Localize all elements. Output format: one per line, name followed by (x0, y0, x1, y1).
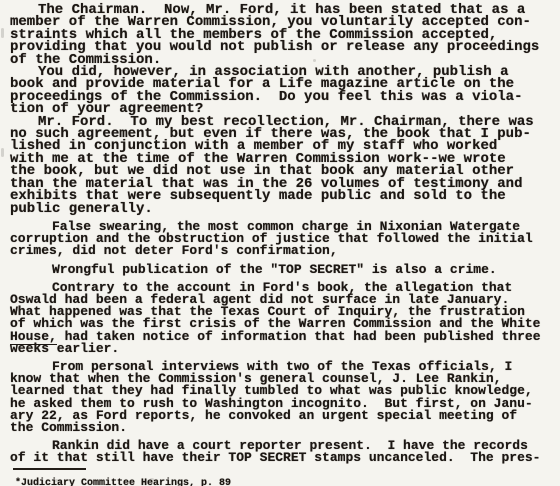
paragraph: You did, however, in association with an… (10, 66, 556, 116)
scan-artifact (1, 28, 4, 38)
paragraph: The Chairman. Now, Mr. Ford, it has been… (10, 4, 556, 66)
paragraph: Rankin did have a court reporter present… (10, 440, 556, 464)
scan-artifact (1, 148, 4, 157)
paragraph: Contrary to the account in Ford's book, … (10, 282, 556, 355)
paragraph: Mr. Ford. To my best recollection, Mr. C… (10, 116, 556, 215)
scanned-document-page: The Chairman. Now, Mr. Ford, it has been… (0, 0, 560, 486)
commentary-block: False swearing, the most common charge i… (10, 221, 556, 465)
footnote-separator (13, 468, 86, 470)
transcript-block: The Chairman. Now, Mr. Ford, it has been… (10, 4, 556, 215)
text-line: the Commission. (10, 422, 556, 434)
text-line: public generally. (10, 203, 556, 215)
paragraph: From personal interviews with two of the… (10, 361, 556, 434)
text-line: weeks earlier. (10, 343, 556, 355)
footnote: *Judiciary Committee Hearings, p. 89 (10, 478, 556, 486)
text-line: Wrongful publication of the "TOP SECRET"… (10, 264, 556, 276)
paragraph: False swearing, the most common charge i… (10, 221, 556, 258)
document-content: The Chairman. Now, Mr. Ford, it has been… (10, 4, 556, 486)
text-line: of it that still have their TOP SECRET s… (10, 452, 556, 464)
text-line: crimes, did not deter Ford's confirmatio… (10, 245, 556, 257)
text-segment: had taken notice of information that had… (57, 329, 541, 344)
document-body: The Chairman. Now, Mr. Ford, it has been… (10, 4, 556, 465)
paragraph: Wrongful publication of the "TOP SECRET"… (10, 264, 556, 276)
